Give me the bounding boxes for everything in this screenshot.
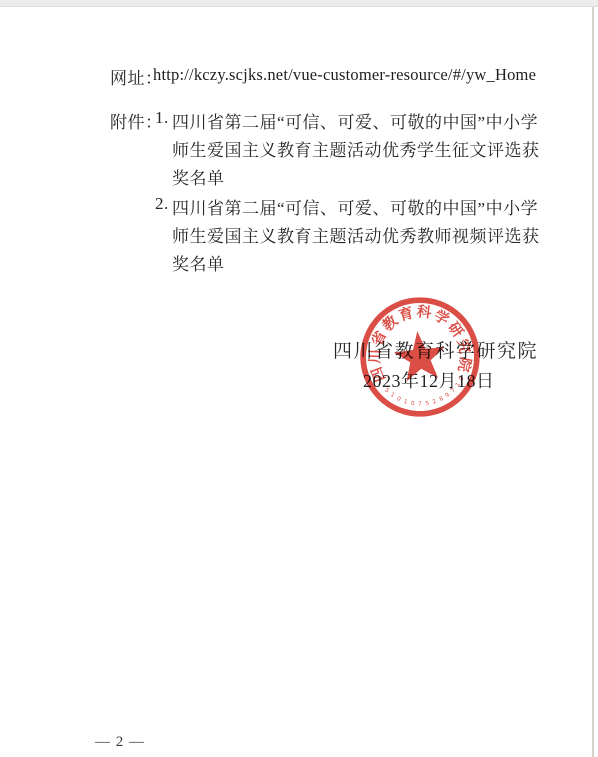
attachment-1-line: 奖名单 bbox=[172, 164, 225, 189]
attachment-2-line: 奖名单 bbox=[172, 250, 225, 275]
url-text: http://kczy.scjks.net/vue-customer-resou… bbox=[153, 65, 536, 85]
page-number: — 2 — bbox=[95, 734, 145, 751]
scan-top-edge bbox=[0, 0, 598, 7]
attachment-1-line: 师生爱国主义教育主题活动优秀学生征文评选获 bbox=[172, 136, 540, 161]
document-page: { "doc": { "url_label": "网址：", "url": "h… bbox=[0, 0, 598, 757]
attachment-2-line: 四川省第二届“可信、可爱、可敬的中国”中小学 bbox=[172, 194, 538, 219]
attachment-1-line: 四川省第二届“可信、可爱、可敬的中国”中小学 bbox=[172, 108, 538, 133]
attachment-2-line: 师生爱国主义教育主题活动优秀教师视频评选获 bbox=[172, 222, 540, 247]
attachment-2-number: 2. bbox=[155, 194, 169, 214]
attachment-1-number: 1. bbox=[155, 108, 169, 128]
scan-right-edge bbox=[592, 7, 594, 757]
official-seal: 四川省教育科学研究院 5101075289719 bbox=[352, 289, 488, 425]
seal-star-icon bbox=[392, 329, 448, 383]
